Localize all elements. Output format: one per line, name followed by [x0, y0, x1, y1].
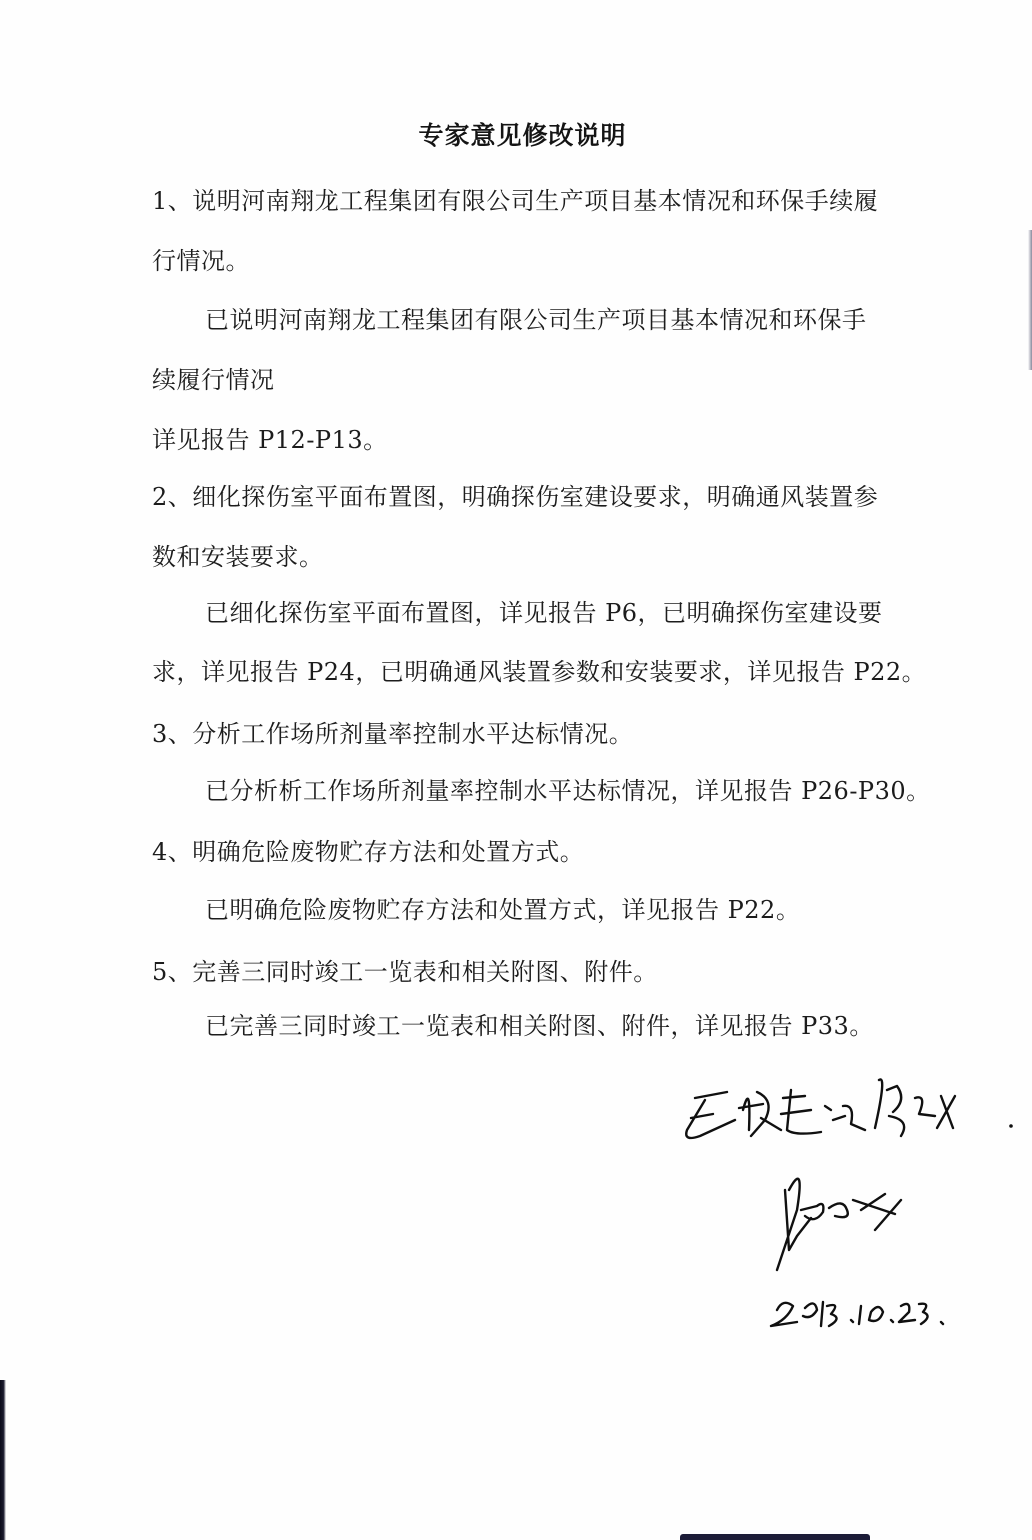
handwritten-signature-block: 已按建议修改. （签名） 2018.10.23.	[665, 1040, 1025, 1340]
item-3-response-line-1: 已分析析工作场所剂量率控制水平达标情况，详见报告 P26-P30。	[205, 771, 931, 806]
item-2-requirement-line-1: 2、细化探伤室平面布置图，明确探伤室建设要求，明确通风装置参	[152, 477, 878, 512]
item-2-response-line-1: 已细化探伤室平面布置图，详见报告 P6，已明确探伤室建设要	[205, 593, 883, 628]
item-2-requirement-line-2: 数和安装要求。	[152, 537, 324, 572]
item-1-response-line-2: 续履行情况	[152, 360, 275, 395]
handwriting-signature	[777, 1179, 901, 1270]
item-5-requirement-line-1: 5、完善三同时竣工一览表和相关附图、附件。	[152, 952, 658, 987]
item-1-requirement-line-1: 1、说明河南翔龙工程集团有限公司生产项目基本情况和环保手续履	[152, 181, 878, 216]
handwriting-note	[686, 1092, 735, 1138]
item-4-requirement-line-1: 4、明确危险废物贮存方法和处置方式。	[152, 832, 584, 867]
item-1-response-line-1: 已说明河南翔龙工程集团有限公司生产项目基本情况和环保手	[205, 300, 867, 335]
document-title: 专家意见修改说明	[0, 116, 1032, 152]
item-5-response-line-1: 已完善三同时竣工一览表和相关附图、附件，详见报告 P33。	[205, 1006, 874, 1041]
handwriting-strokes	[665, 1040, 1025, 1340]
document-page: 专家意见修改说明 1、说明河南翔龙工程集团有限公司生产项目基本情况和环保手续履 …	[0, 0, 1032, 1540]
item-1-requirement-line-2: 行情况。	[152, 241, 250, 276]
handwriting-date	[771, 1302, 943, 1326]
item-4-response-line-1: 已明确危险废物贮存方法和处置方式，详见报告 P22。	[205, 890, 800, 925]
scan-edge-shadow-right	[1028, 230, 1032, 370]
scan-edge-shadow-bottom	[680, 1534, 870, 1540]
scan-edge-shadow-left	[0, 1380, 6, 1540]
item-2-response-line-2: 求，详见报告 P24，已明确通风装置参数和安装要求，详见报告 P22。	[152, 652, 926, 687]
item-1-response-line-3: 详见报告 P12-P13。	[152, 420, 388, 455]
item-3-requirement-line-1: 3、分析工作场所剂量率控制水平达标情况。	[152, 714, 633, 749]
